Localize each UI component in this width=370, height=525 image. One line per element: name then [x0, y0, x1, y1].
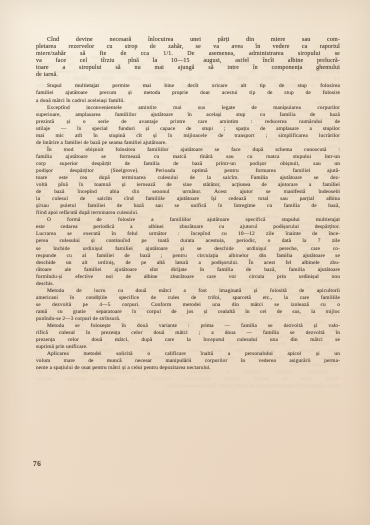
paragraph: Aplicarea metodei solicită o calificare …	[36, 351, 340, 372]
paragraph: Exceptînd inconvenientele amintite mai s…	[36, 105, 340, 147]
text-line: În mod obișnuit folosirea familiilor aju…	[36, 147, 340, 154]
text-line: americani în condițiile specifice de cul…	[36, 295, 340, 302]
text-line: punîndu-se 2—3 corpuri de strînsură.	[36, 316, 340, 323]
paragraph: O formă de folosire a familiilor ajutăto…	[36, 217, 340, 287]
text-line: se închide urdinișul familiei ajutătoare…	[36, 246, 340, 253]
paragraph: Cînd devine necesară înlocuirea unei păr…	[36, 37, 340, 78]
text-line: respunde cu al familiei de bază ; pentru…	[36, 253, 340, 260]
scanned-book-page: Cînd devine necesară înlocuirea unei păr…	[0, 0, 370, 525]
text-line: de iarnă.	[36, 72, 340, 79]
text-line: mai mic atît în stupină cît și în mijloa…	[36, 133, 340, 140]
text-line: perea culesului și continuînd pe toată d…	[36, 238, 340, 245]
page-number: 76	[33, 459, 41, 468]
text-line: superioare, amplasarea familiilor ajutăt…	[36, 112, 340, 119]
text-line: nente a spațiului de ouat pentru mătci ș…	[36, 365, 340, 372]
text-line: nente a spațiului de ouat pentru mătci ș…	[36, 383, 340, 390]
text-line: se dezvoltă pe 4—5 corpuri. Conform meto…	[36, 302, 340, 309]
text-line: Cînd devine necesară înlocuirea unei păr…	[36, 37, 340, 44]
paragraph: Metoda de lucru cu două mătci a fost ima…	[36, 288, 340, 323]
text-line: familiei ajutătoare precum și metoda pro…	[36, 90, 340, 97]
text-line: familia ajutătoare se formează cu matcă …	[36, 154, 340, 161]
text-line: formîndu-și efective noi de albine zbură…	[36, 274, 340, 281]
text-line: podișor despărțitor (Snelgrove). Perioad…	[36, 168, 340, 175]
text-line: Metoda de lucru cu două mătci a fost ima…	[36, 288, 340, 295]
paragraph: Aplicarea metodei solicită o calificare …	[36, 369, 340, 390]
text-line: Exceptînd inconvenientele amintite mai s…	[36, 105, 340, 112]
text-line: toare a siropului să nu mai ajungă să in…	[36, 65, 340, 72]
text-line: rătoare ale familiei ajutătoare sînt dir…	[36, 267, 340, 274]
text-line: deschide un alt urdiniș, de pe altă latu…	[36, 260, 340, 267]
text-line: corp superior despărțit de familia de ba…	[36, 161, 340, 168]
text-line: a două mătci în cadrul aceleiași familii…	[36, 98, 340, 105]
text-line: deschis.	[36, 281, 340, 288]
text-line: va face cel tîrziu pînă la 10—15 august,…	[36, 58, 340, 65]
text-line: pletarea rezervelor cu sirop de zahăr, s…	[36, 44, 340, 51]
paragraph: În mod obișnuit folosirea familiilor aju…	[36, 147, 340, 217]
text-line: de întărire a familiei de bază pe seama …	[36, 140, 340, 147]
paragraph: Stupul multietajat permite mai bine decî…	[36, 83, 340, 104]
text-line: volum mare de muncă necesar manipulării …	[36, 376, 340, 383]
text-column: Cînd devine necesară înlocuirea unei păr…	[36, 37, 340, 372]
paragraph: Metoda se folosește în două variante : p…	[36, 323, 340, 351]
text-line: utilaje — în special funduri și capace d…	[36, 126, 340, 133]
text-line: miere/zahăr să fie de cca 1/1. De asemen…	[36, 51, 340, 58]
text-line: ramă cu gratie separatoare în corpul de …	[36, 309, 340, 316]
text-line: prezintă și o serie de avantaje printre …	[36, 119, 340, 126]
